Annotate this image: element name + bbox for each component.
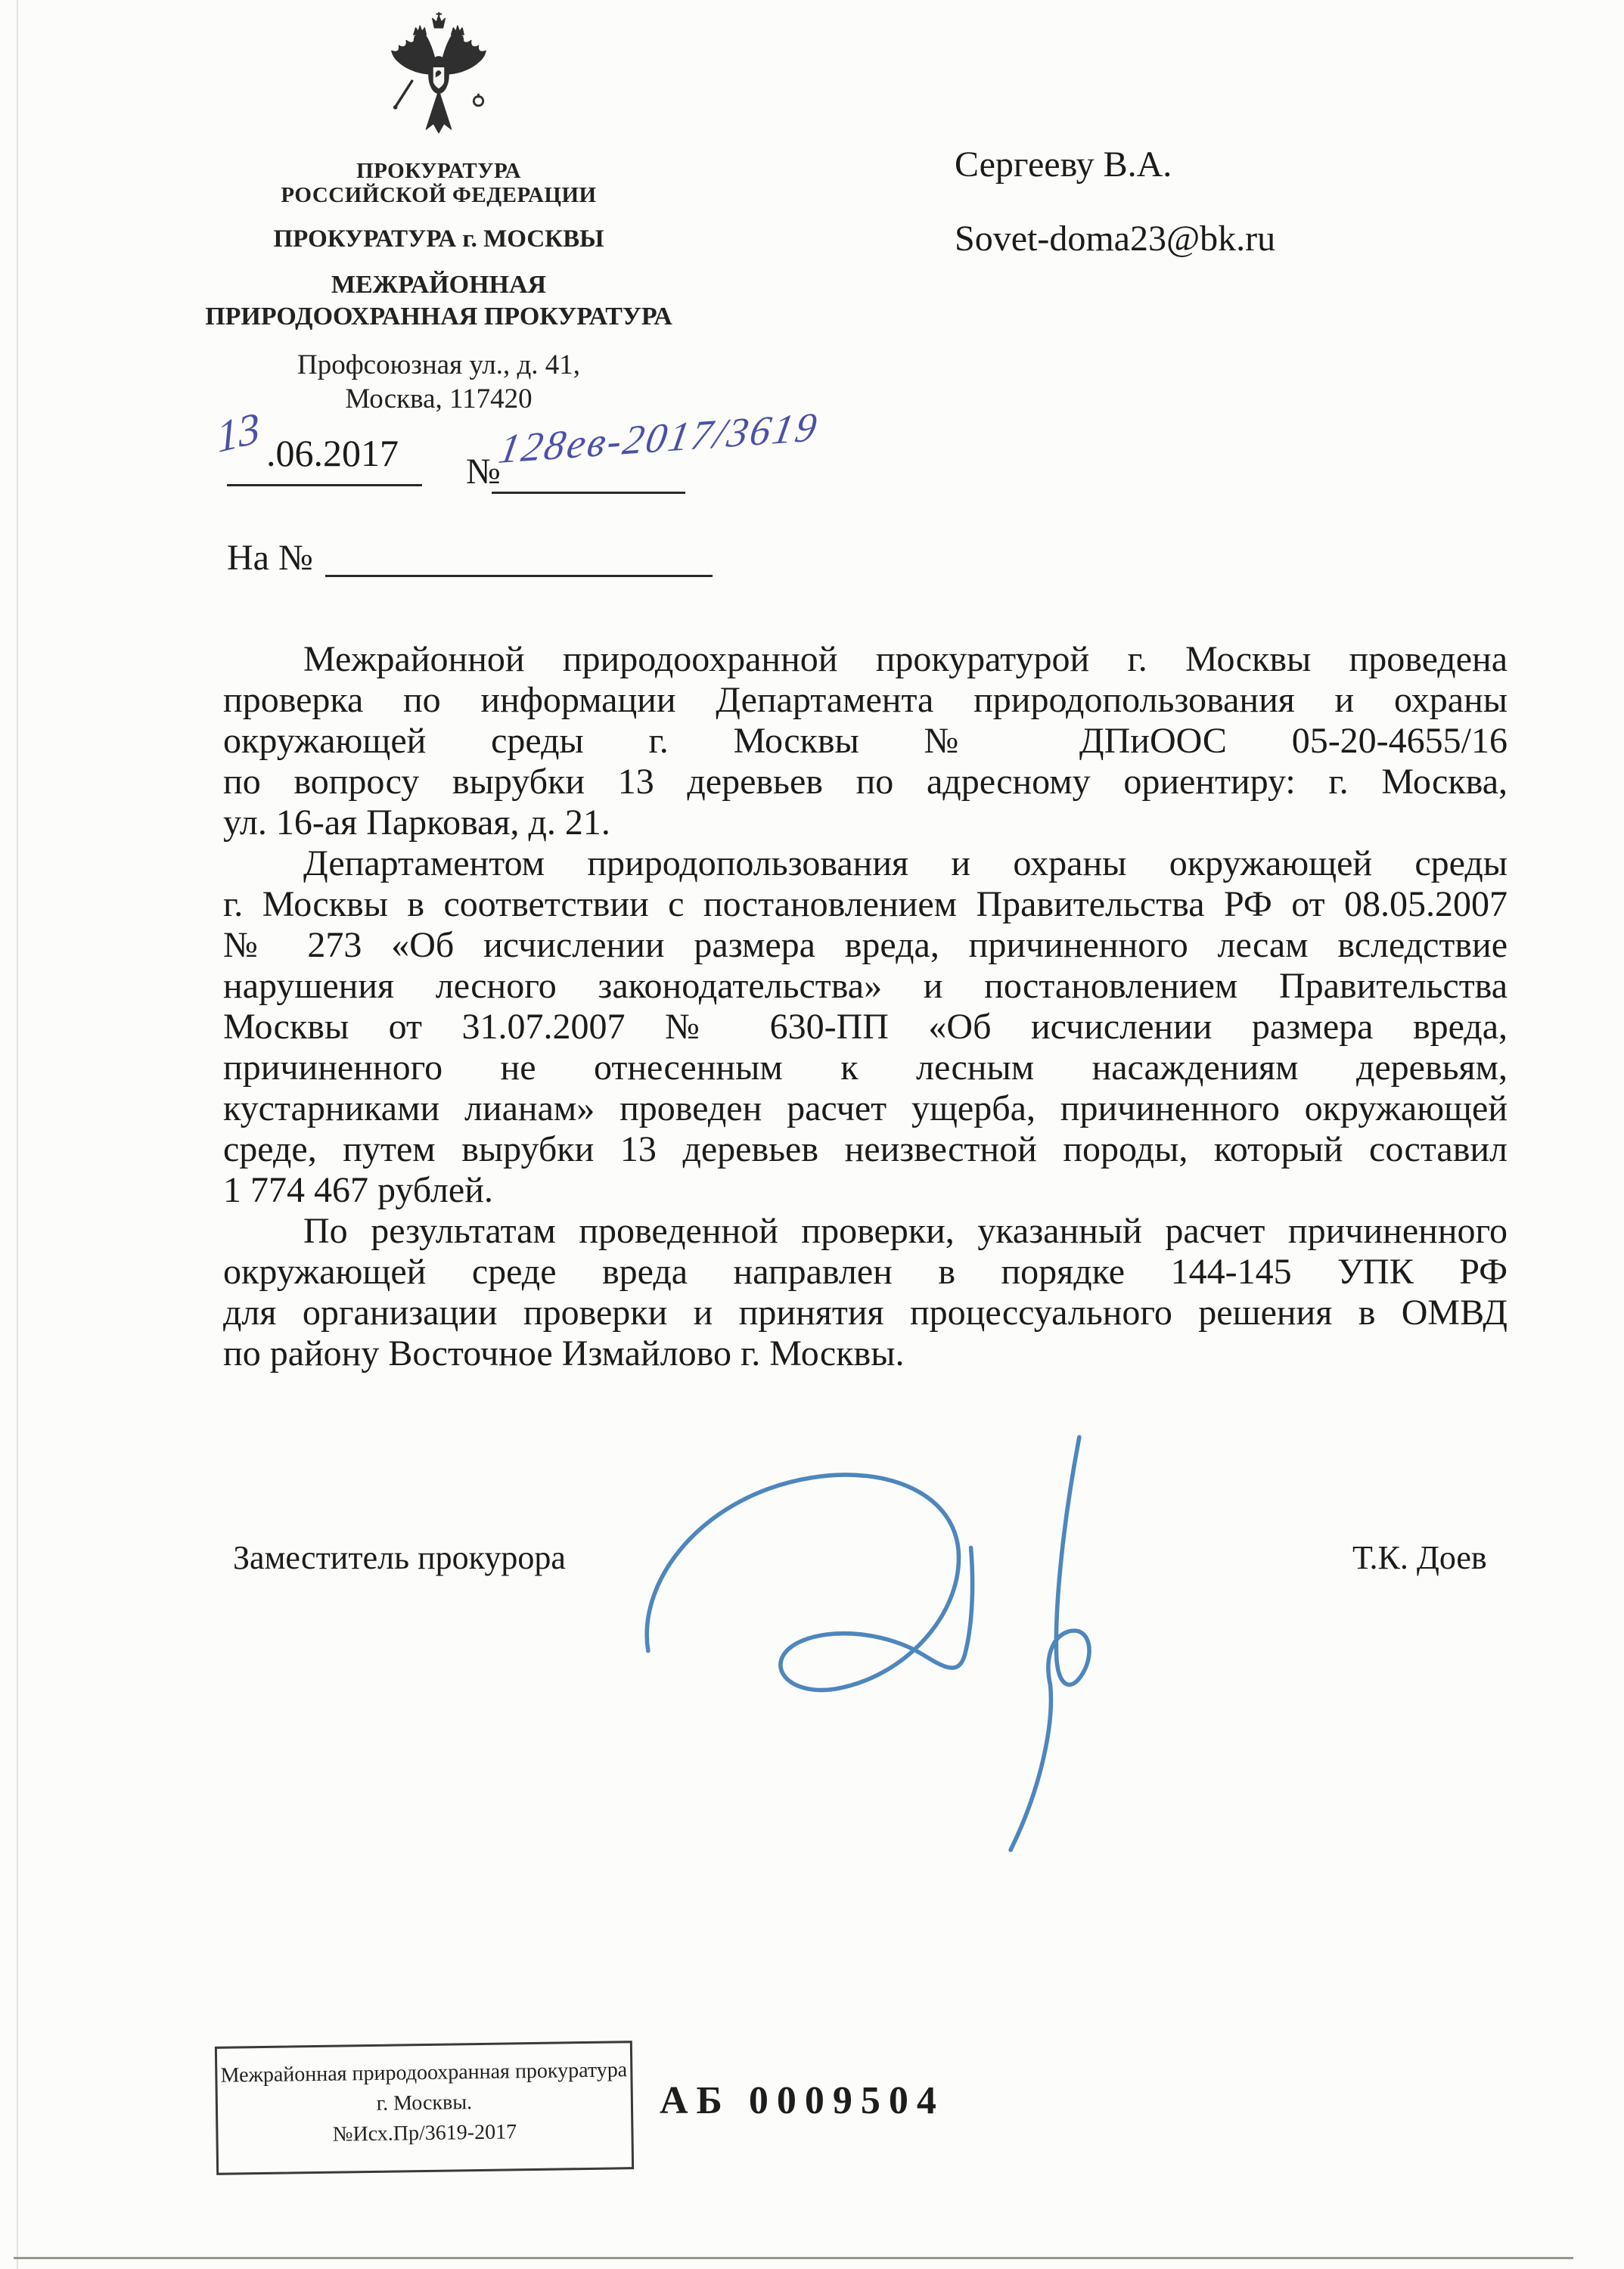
org-name-line1: МЕЖРАЙОННАЯ (182, 269, 696, 301)
reply-to-label: На № (227, 537, 313, 579)
signer-title: Заместитель прокурора (233, 1538, 566, 1577)
coat-of-arms-icon (381, 9, 496, 154)
addressee-email: Sovet-doma23@bk.ru (955, 218, 1275, 259)
stamp-line1: Межрайонная природоохранная прокуратура (217, 2055, 631, 2091)
body-line: 1 774 467 рублей. (223, 1170, 1508, 1211)
body-line: проверка по информации Департамента прир… (223, 680, 1508, 721)
body-line: окружающей среде вреда направлен в поряд… (223, 1252, 1508, 1293)
document-page: ПРОКУРАТУРА РОССИЙСКОЙ ФЕДЕРАЦИИ ПРОКУРА… (0, 0, 1624, 2269)
addressee-name: Сергееву В.А. (955, 144, 1172, 185)
body-line: по району Восточное Измайлово г. Москвы. (223, 1333, 1508, 1374)
body-line: ул. 16-ая Парковая, д. 21. (223, 802, 1508, 843)
body-line: № 273 «Об исчислении размера вреда, прич… (223, 925, 1508, 966)
form-serial-number: АБ 0009504 (660, 2078, 945, 2123)
body-line: кустарниками лианам» проведен расчет уще… (223, 1088, 1508, 1129)
handwritten-date-day: 13 (215, 402, 261, 464)
scan-left-edge-artifact (17, 0, 18, 2269)
number-underline (492, 492, 685, 494)
signer-name: Т.К. Доев (1352, 1538, 1487, 1577)
date-underline (227, 484, 422, 486)
handwritten-signature (613, 1426, 1225, 1853)
org-federation-line1: ПРОКУРАТУРА (182, 159, 696, 183)
stamp-line3: №Исх.Пр/3619-2017 (218, 2115, 632, 2152)
scan-bottom-edge-artifact (14, 2257, 1573, 2259)
body-line: среде, путем вырубки 13 деревьев неизвес… (223, 1129, 1508, 1170)
org-address: Профсоюзная ул., д. 41, Москва, 117420 (182, 348, 696, 416)
outgoing-stamp-box: Межрайонная природоохранная прокуратура … (215, 2041, 634, 2175)
org-name-line2: ПРИРОДООХРАННАЯ ПРОКУРАТУРА (182, 301, 696, 333)
letterhead: ПРОКУРАТУРА РОССИЙСКОЙ ФЕДЕРАЦИИ ПРОКУРА… (182, 9, 696, 416)
org-city-title: ПРОКУРАТУРА г. МОСКВЫ (182, 225, 696, 253)
body-line: Межрайонной природоохранной прокуратурой… (223, 639, 1508, 680)
org-address-line1: Профсоюзная ул., д. 41, (182, 348, 696, 382)
org-federation-line2: РОССИЙСКОЙ ФЕДЕРАЦИИ (182, 183, 696, 207)
org-address-line2: Москва, 117420 (182, 382, 696, 416)
letter-body: Межрайонной природоохранной прокуратурой… (223, 639, 1508, 1374)
org-federation-title: ПРОКУРАТУРА РОССИЙСКОЙ ФЕДЕРАЦИИ (182, 159, 696, 207)
body-line: для организации проверки и принятия проц… (223, 1293, 1508, 1333)
body-line: По результатам проведенной проверки, ука… (223, 1211, 1508, 1252)
body-line: причиненного не отнесенным к лесным наса… (223, 1048, 1508, 1088)
body-line: по вопросу вырубки 13 деревьев по адресн… (223, 762, 1508, 802)
org-name-title: МЕЖРАЙОННАЯ ПРИРОДООХРАННАЯ ПРОКУРАТУРА (182, 269, 696, 333)
body-line: Москвы от 31.07.2007 № 630-ПП «Об исчисл… (223, 1007, 1508, 1048)
body-line: нарушения лесного законодательства» и по… (223, 966, 1508, 1007)
body-line: г. Москвы в соответствии с постановление… (223, 884, 1508, 925)
body-line: окружающей среды г. Москвы № ДПиООС 05-2… (223, 721, 1508, 762)
body-line: Департаментом природопользования и охран… (223, 843, 1508, 884)
reply-to-underline (325, 575, 713, 577)
printed-date: .06.2017 (266, 431, 399, 475)
